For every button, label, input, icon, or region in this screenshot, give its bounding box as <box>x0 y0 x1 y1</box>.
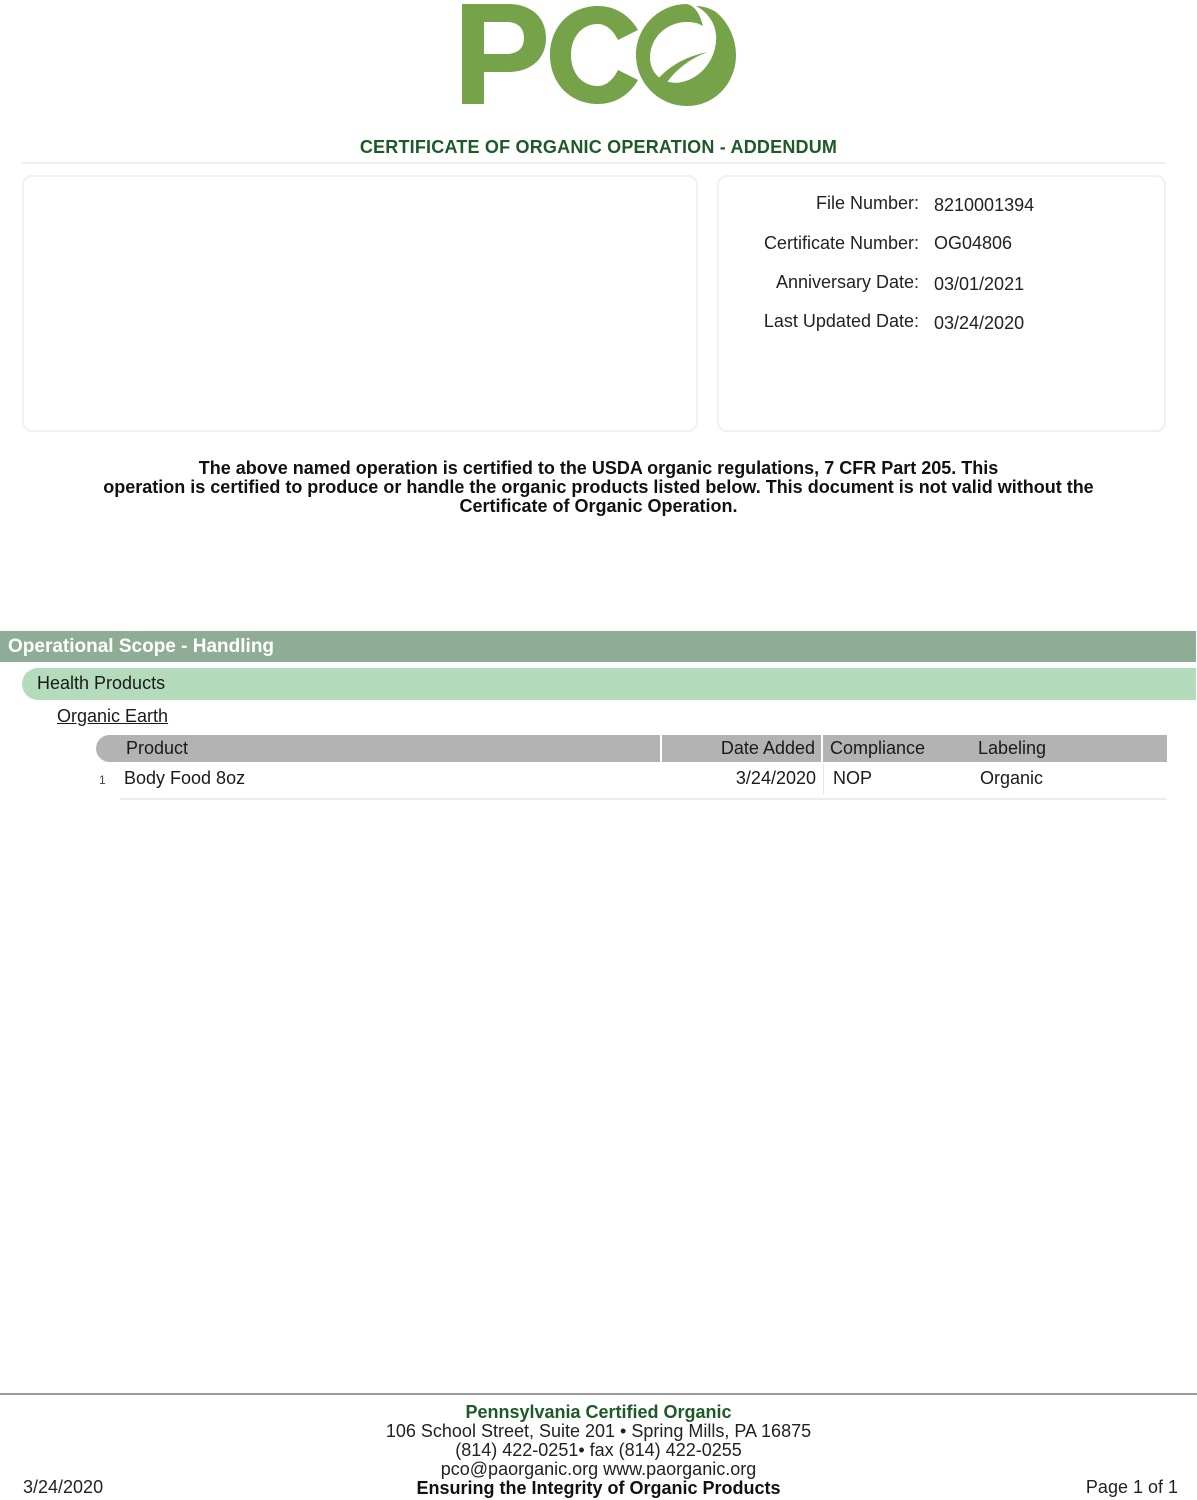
file-number-value: 8210001394 <box>934 195 1034 216</box>
operational-scope-header: Operational Scope - Handling <box>0 631 1196 662</box>
category-title: Health Products <box>37 673 165 694</box>
pco-logo <box>460 0 738 108</box>
operation-address-box <box>22 175 698 432</box>
operational-scope-title: Operational Scope - Handling <box>8 636 274 658</box>
file-number-label: File Number: <box>816 193 919 214</box>
footer-tagline: Ensuring the Integrity of Organic Produc… <box>0 1479 1197 1498</box>
footer-email-web: pco@paorganic.org www.paorganic.org <box>0 1460 1197 1479</box>
page-number: Page 1 of 1 <box>1086 1477 1178 1498</box>
last-updated-date-row: Last Updated Date: 03/24/2020 <box>719 311 1164 335</box>
footer-divider <box>0 1393 1197 1395</box>
row-divider <box>120 798 1167 800</box>
last-updated-date-value: 03/24/2020 <box>934 313 1024 334</box>
footer-date: 3/24/2020 <box>23 1477 103 1498</box>
statement-line-1: The above named operation is certified t… <box>40 459 1157 478</box>
file-number-row: File Number: 8210001394 <box>719 193 1164 217</box>
certification-statement: The above named operation is certified t… <box>40 459 1157 516</box>
footer-org-name: Pennsylvania Certified Organic <box>0 1403 1197 1422</box>
cell-labeling: Organic <box>980 768 1043 789</box>
statement-line-2: operation is certified to produce or han… <box>40 478 1157 497</box>
footer-phone-fax: (814) 422-0251• fax (814) 422-0255 <box>0 1441 1197 1460</box>
anniversary-date-label: Anniversary Date: <box>776 272 919 293</box>
footer-contact-block: Pennsylvania Certified Organic 106 Schoo… <box>0 1403 1197 1498</box>
products-table-header: Product Date Added Compliance Labeling <box>96 735 1167 762</box>
row-index: 1 <box>99 773 106 787</box>
last-updated-date-label: Last Updated Date: <box>764 311 919 332</box>
anniversary-date-row: Anniversary Date: 03/01/2021 <box>719 272 1164 296</box>
category-header: Health Products <box>22 668 1196 700</box>
certificate-number-row: Certificate Number: OG04806 <box>719 233 1164 257</box>
statement-line-3: Certificate of Organic Operation. <box>40 497 1157 516</box>
cell-product: Body Food 8oz <box>124 768 245 789</box>
anniversary-date-value: 03/01/2021 <box>934 274 1024 295</box>
title-divider <box>22 162 1166 164</box>
document-title: CERTIFICATE OF ORGANIC OPERATION - ADDEN… <box>0 137 1197 158</box>
table-row: 1 Body Food 8oz 3/24/2020 NOP Organic <box>96 764 1167 800</box>
certificate-number-value: OG04806 <box>934 233 1012 254</box>
footer-address: 106 School Street, Suite 201 • Spring Mi… <box>0 1422 1197 1441</box>
column-divider <box>823 764 824 794</box>
cell-date-added: 3/24/2020 <box>736 768 816 789</box>
pco-leaf-logo-icon <box>460 0 738 108</box>
column-header-product: Product <box>96 735 660 762</box>
certificate-number-label: Certificate Number: <box>764 233 919 254</box>
certificate-info-box: File Number: 8210001394 Certificate Numb… <box>717 175 1166 432</box>
column-header-labeling: Labeling <box>978 738 1046 759</box>
cell-compliance: NOP <box>833 768 872 789</box>
column-header-date-added: Date Added <box>662 735 821 762</box>
brand-name: Organic Earth <box>57 706 168 727</box>
